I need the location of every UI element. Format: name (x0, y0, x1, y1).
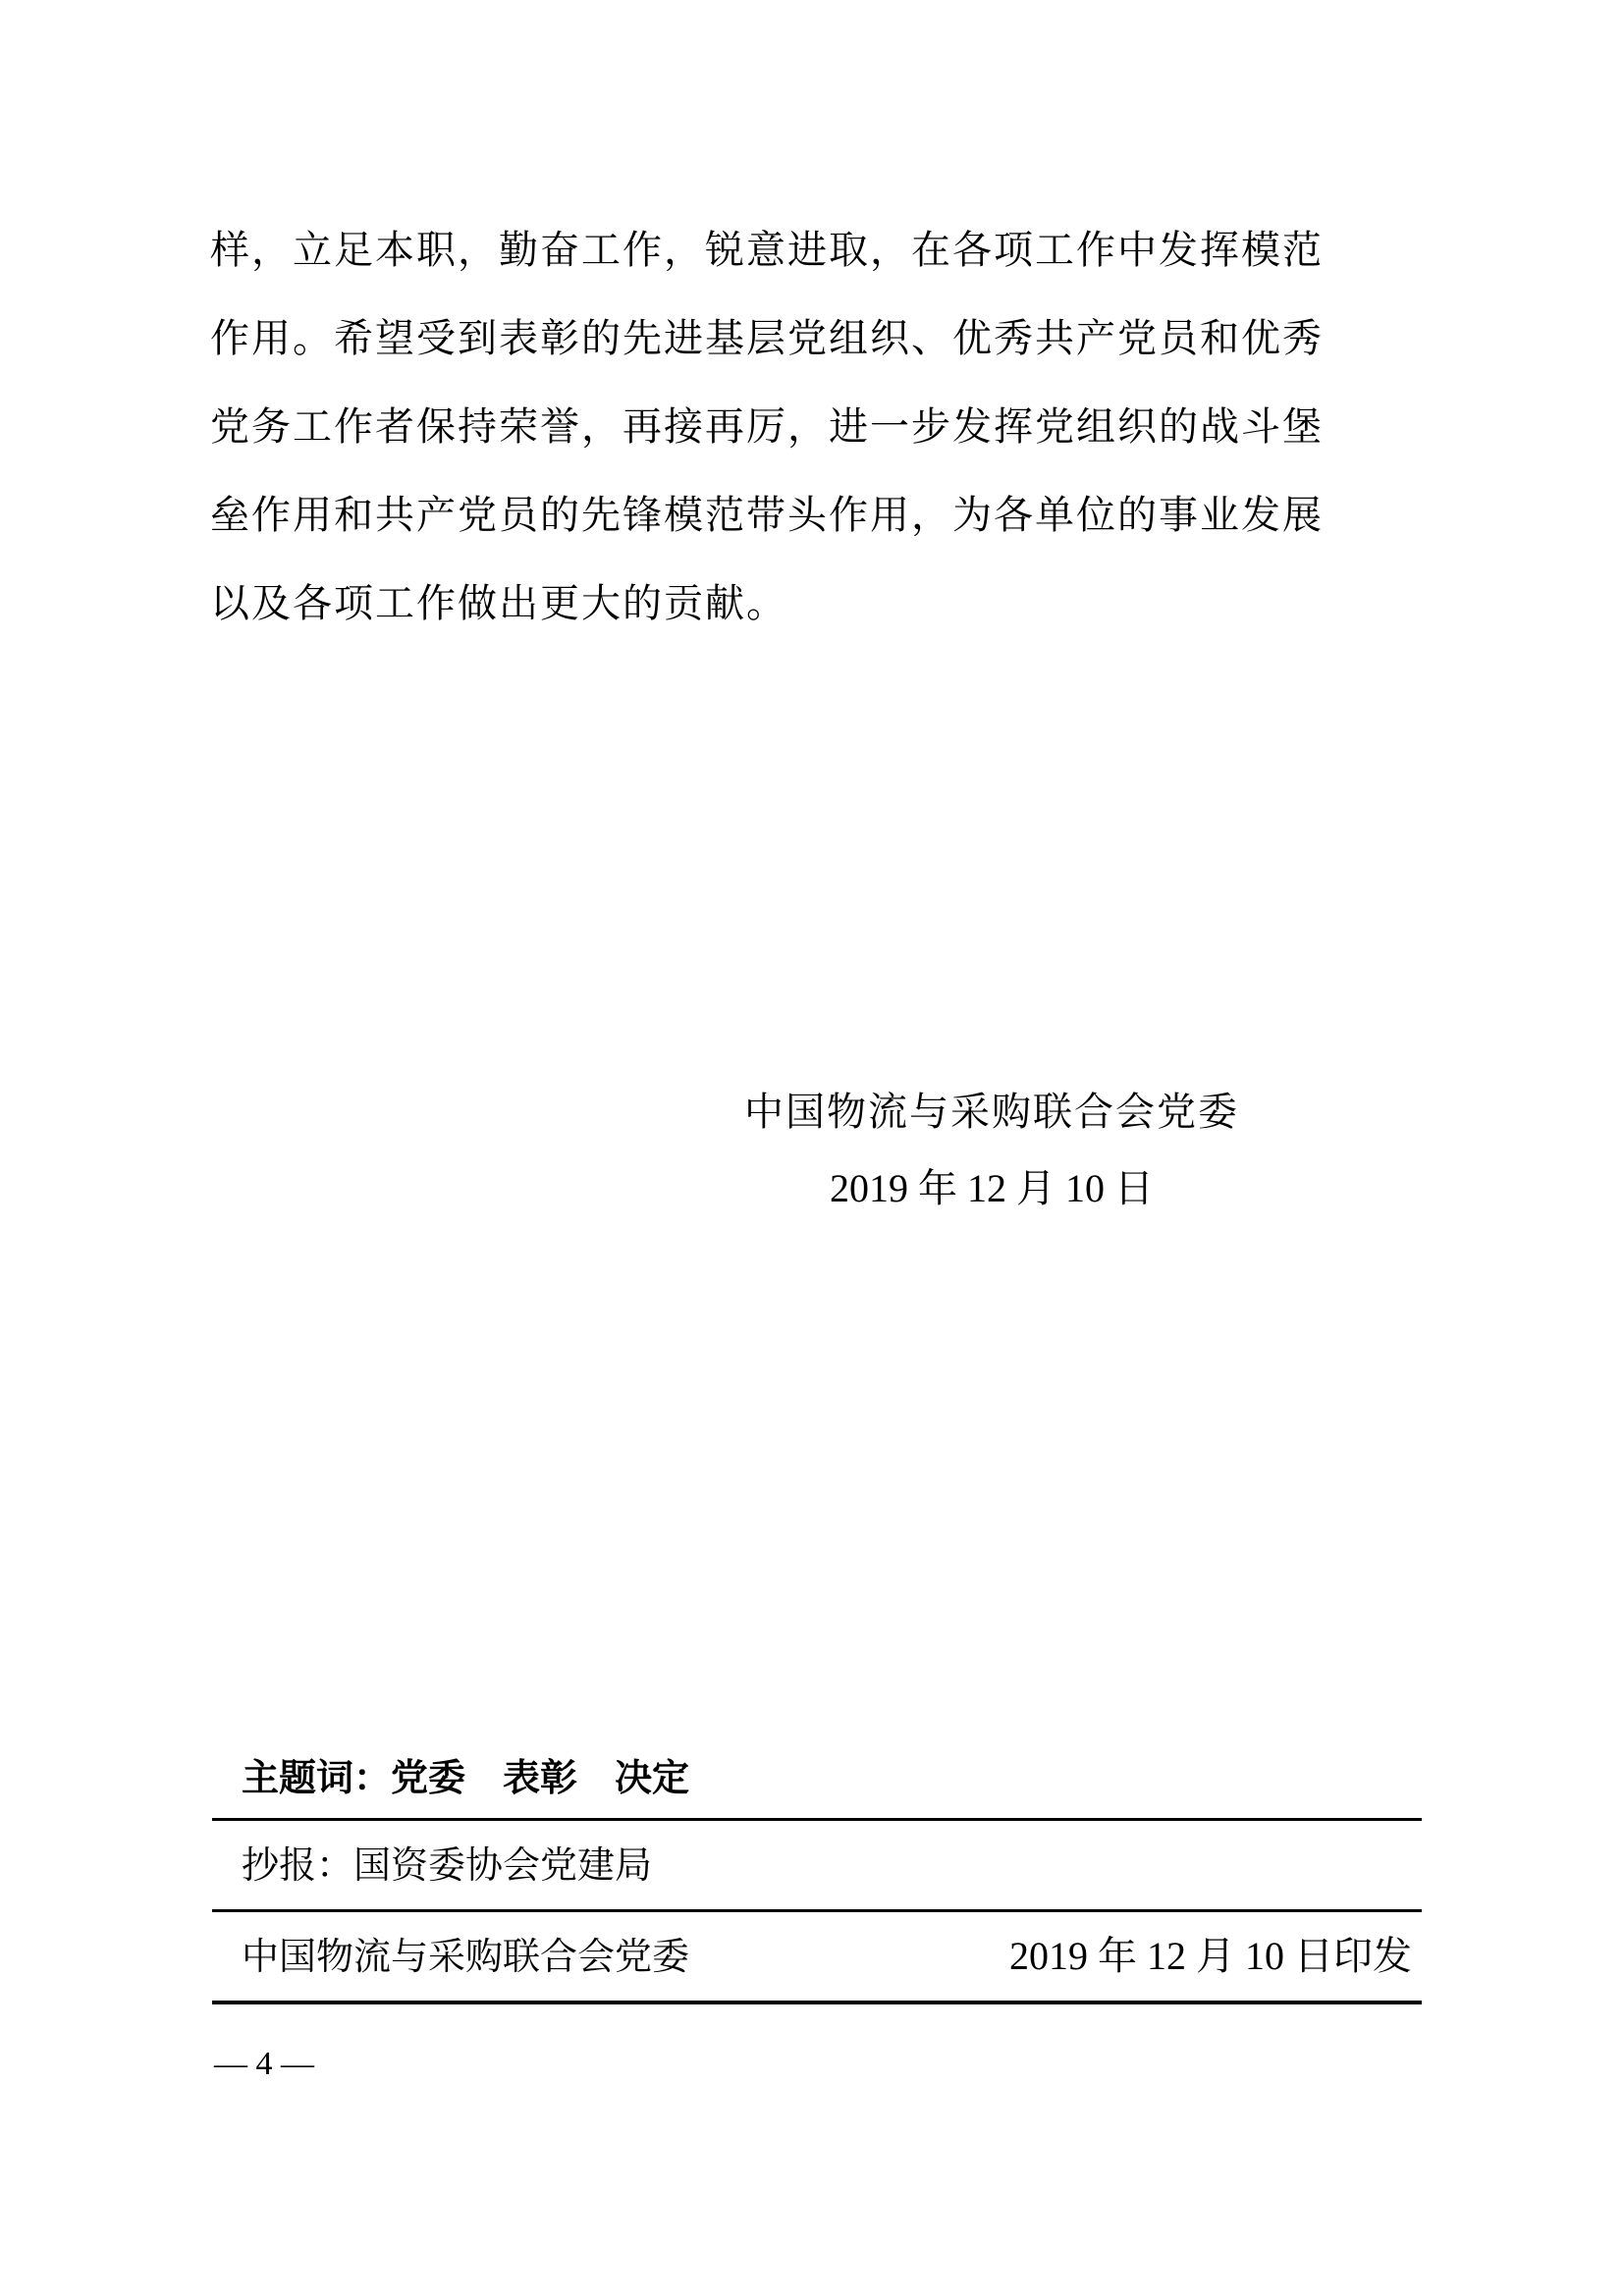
body-line-2: 作用。希望受到表彰的先进基层党组织、优秀共产党员和优秀 (210, 294, 1428, 383)
signature-date: 2019 年 12 月 10 日 (687, 1154, 1296, 1223)
body-paragraph: 样，立足本职，勤奋工作，锐意进取，在各项工作中发挥模范 作用。希望受到表彰的先进… (210, 206, 1428, 648)
issuer: 中国物流与采购联合会党委 (242, 1912, 689, 2001)
signature-organization: 中国物流与采购联合会党委 (687, 1070, 1296, 1154)
cc-value: 国资委协会党建局 (353, 1843, 652, 1887)
signature-block: 中国物流与采购联合会党委 2019 年 12 月 10 日 (687, 1070, 1296, 1223)
document-footer: 主题词：党委表彰决定 抄报：国资委协会党建局 中国物流与采购联合会党委 2019… (212, 1737, 1422, 2004)
divider (212, 2001, 1422, 2004)
issue-date: 2019 年 12 月 10 日印发 (1009, 1912, 1412, 2001)
keyword: 表彰 (503, 1756, 577, 1799)
keyword: 决定 (615, 1756, 689, 1799)
cc-label: 抄报： (242, 1843, 353, 1887)
body-line-1: 样，立足本职，勤奋工作，锐意进取，在各项工作中发挥模范 (210, 206, 1428, 294)
body-line-5: 以及各项工作做出更大的贡献。 (210, 560, 1428, 648)
issuer-row: 中国物流与采购联合会党委 2019 年 12 月 10 日印发 (212, 1912, 1422, 2001)
page-number: — 4 — (214, 2040, 314, 2089)
keyword: 党委 (391, 1756, 465, 1799)
body-line-4: 垒作用和共产党员的先锋模范带头作用，为各单位的事业发展 (210, 471, 1428, 560)
keywords-row: 主题词：党委表彰决定 (212, 1737, 1422, 1818)
cc-row: 抄报：国资委协会党建局 (212, 1821, 1422, 1909)
body-line-3: 党务工作者保持荣誉，再接再厉，进一步发挥党组织的战斗堡 (210, 383, 1428, 471)
document-page: 样，立足本职，勤奋工作，锐意进取，在各项工作中发挥模范 作用。希望受到表彰的先进… (0, 0, 1624, 2296)
keywords-label: 主题词： (242, 1756, 391, 1799)
